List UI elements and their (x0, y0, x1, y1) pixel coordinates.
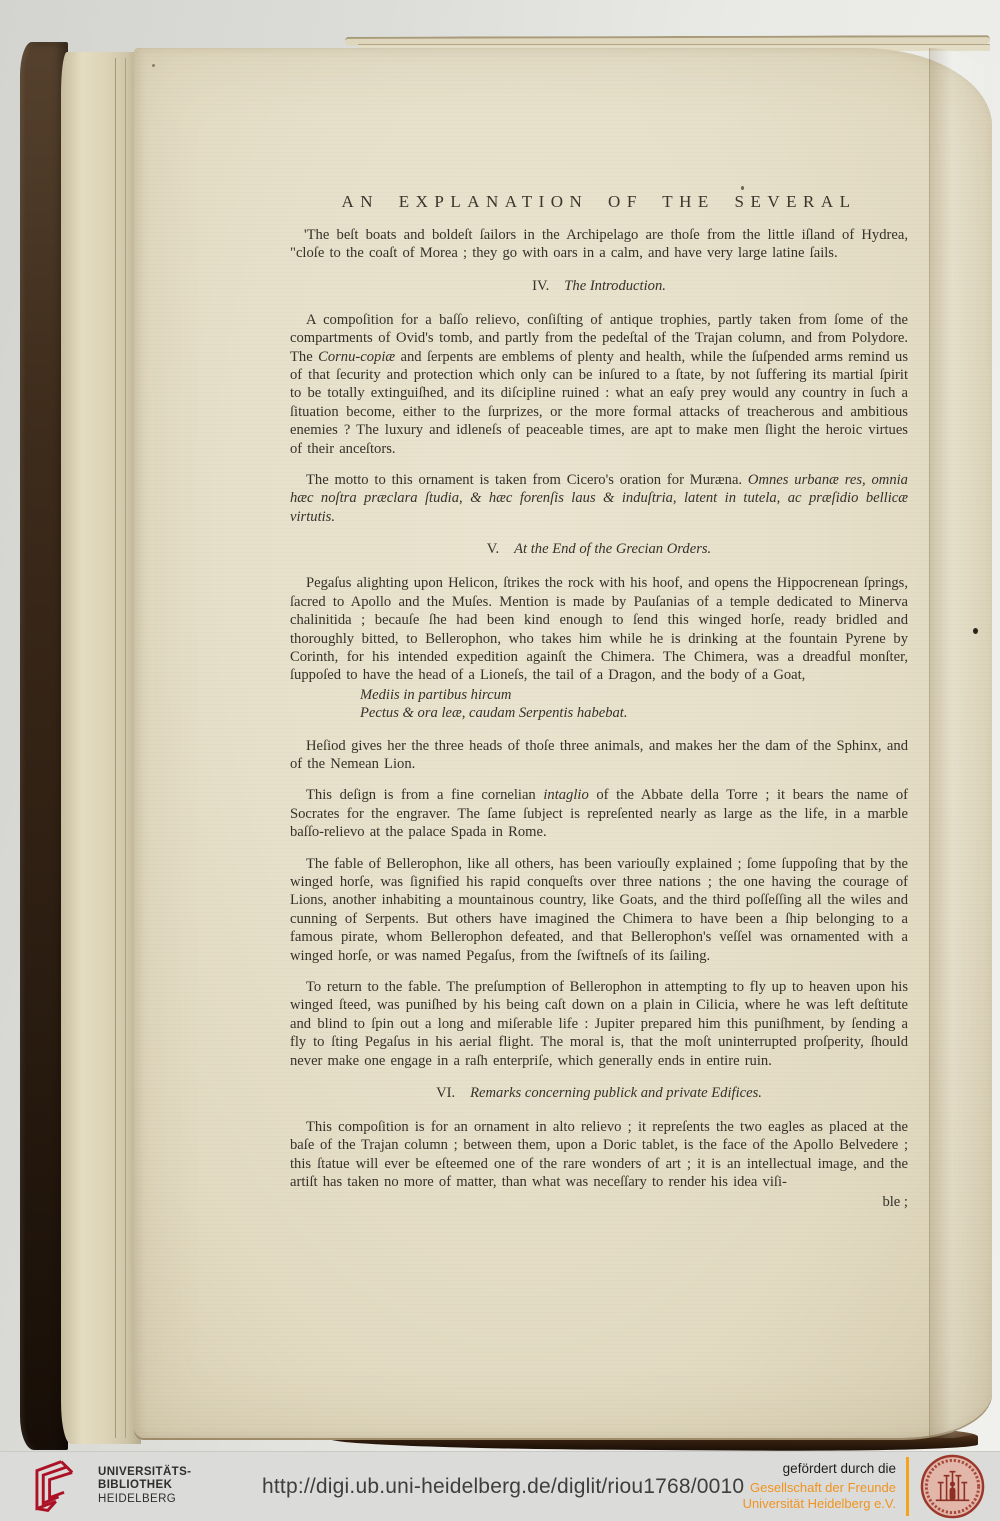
paragraph-text-italic: intaglio (543, 787, 588, 803)
funding-org: Universität Heidelberg e.V. (743, 1496, 896, 1512)
paragraph: To return to the fable. The preſumption … (290, 978, 908, 1070)
verse-quote: Mediis in partibus hircum Pectus & ora l… (290, 686, 908, 723)
section-number: V. (487, 541, 499, 557)
paragraph-text: This deſign is from a fine cornelian (306, 787, 543, 803)
page-fold (929, 48, 992, 1438)
section-heading-v: V.At the End of the Grecian Orders. (290, 541, 908, 558)
book-page: AN EXPLANATION OF THE SEVERAL 'The beſt … (134, 48, 992, 1438)
ink-speck (973, 628, 978, 634)
paragraph: A compoſition for a baſſo relievo, conſi… (290, 311, 908, 458)
paragraph: The fable of Bellerophon, like all other… (290, 855, 908, 965)
paragraph: Pegaſus alighting upon Helicon, ſtrikes … (290, 574, 908, 684)
ink-speck (152, 64, 155, 67)
section-title: The Introduction. (564, 278, 666, 294)
section-heading-vi: VI.Remarks concerning publick and privat… (290, 1085, 908, 1102)
ink-speck (741, 186, 744, 190)
funding-credit: gefördert durch die Gesellschaft der Fre… (743, 1461, 896, 1512)
verse-line: Mediis in partibus hircum (360, 686, 908, 704)
section-number: IV. (532, 278, 549, 294)
page-stack-edges (61, 52, 141, 1444)
ub-heidelberg-logo-icon (28, 1458, 82, 1514)
page-title: AN EXPLANATION OF THE SEVERAL (290, 192, 908, 212)
scan-background: AN EXPLANATION OF THE SEVERAL 'The beſt … (0, 0, 1000, 1521)
library-name-line: BIBLIOTHEK (98, 1479, 191, 1493)
library-name-line: UNIVERSITÄTS- (98, 1466, 191, 1480)
section-title: At the End of the Grecian Orders. (514, 541, 711, 557)
library-name: UNIVERSITÄTS- BIBLIOTHEK HEIDELBERG (98, 1466, 191, 1507)
library-name-line: HEIDELBERG (98, 1493, 191, 1507)
page-text: AN EXPLANATION OF THE SEVERAL 'The beſt … (290, 192, 908, 1211)
footer-divider (906, 1457, 909, 1516)
paragraph-text-italic: Cornu-copiæ (318, 349, 395, 365)
paragraph-text: The motto to this ornament is taken from… (306, 472, 748, 488)
footer-bar: UNIVERSITÄTS- BIBLIOTHEK HEIDELBERG http… (0, 1451, 1000, 1521)
section-heading-iv: IV.The Introduction. (290, 278, 908, 295)
funding-org: Gesellschaft der Freunde (743, 1480, 896, 1496)
page-edge-line (115, 58, 116, 1438)
catchword: ble ; (290, 1193, 908, 1211)
paragraph: Heſiod gives her the three heads of thoſ… (290, 737, 908, 774)
university-seal-icon (919, 1453, 986, 1520)
paragraph: This compoſition is for an ornament in a… (290, 1118, 908, 1192)
section-title: Remarks concerning publick and private E… (470, 1085, 762, 1101)
paragraph: This deſign is from a fine cornelian int… (290, 786, 908, 841)
funding-prefix: gefördert durch die (743, 1461, 896, 1476)
document-url: http://digi.ub.uni-heidelberg.de/diglit/… (262, 1475, 744, 1499)
section-number: VI. (436, 1085, 455, 1101)
verse-line: Pectus & ora leæ, caudam Serpentis habeb… (360, 704, 908, 722)
paragraph-continuation: 'The beſt boats and boldeſt ſailors in t… (290, 226, 908, 263)
library-branding: UNIVERSITÄTS- BIBLIOTHEK HEIDELBERG (28, 1458, 191, 1514)
page-edge-line (125, 58, 126, 1438)
paragraph-motto: The motto to this ornament is taken from… (290, 471, 908, 526)
